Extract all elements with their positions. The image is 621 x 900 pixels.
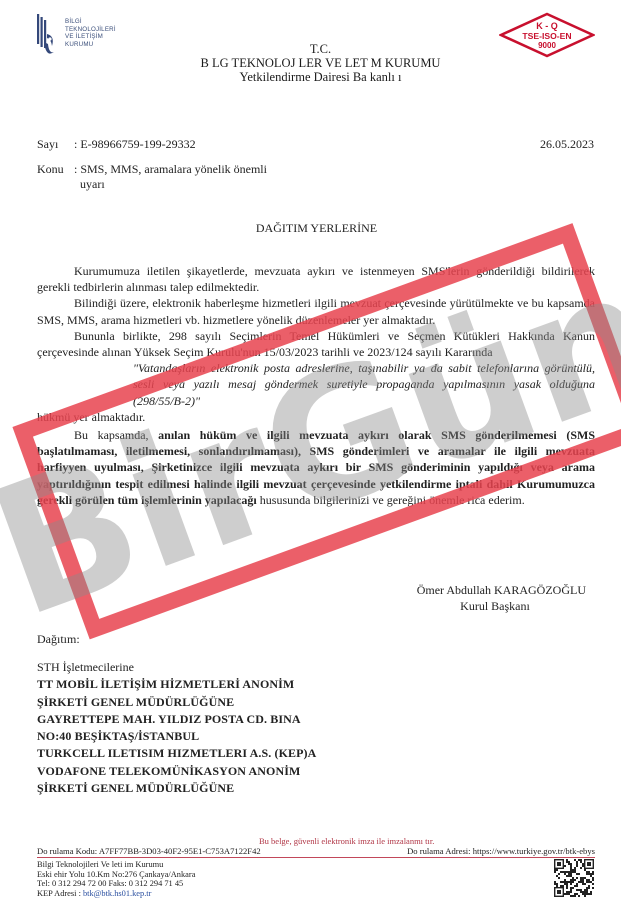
quoted-ruling: "Vatandaşların elektronik posta adresler… — [133, 360, 595, 409]
paragraph-5: Bu kapsamda, anılan hüküm ve ilgili mevz… — [37, 427, 595, 508]
org-name: Bilgi Teknolojileri Ve leti im Kurumu — [37, 860, 195, 870]
distribution-item: ŞİRKETİ GENEL MÜDÜRLÜĞÜNE — [37, 780, 316, 797]
letter-body: Kurumumuza iletilen şikayetlerde, mevzua… — [37, 263, 595, 508]
distribution-list: STH İşletmecilerine TT MOBİL İLETİŞİM Hİ… — [37, 659, 316, 797]
esignature-note: Bu belge, güvenli elektronik imza ile im… — [259, 836, 434, 846]
distribution-item: VODAFONE TELEKOMÜNİKASYON ANONİM — [37, 763, 316, 780]
signatory-title: Kurul Başkanı — [390, 598, 600, 614]
sayi-label: Sayı — [37, 137, 58, 151]
distribution-item: ŞİRKETİ GENEL MÜDÜRLÜĞÜNE — [37, 694, 316, 711]
verification-address[interactable]: Do rulama Adresi: https://www.turkiye.go… — [407, 846, 595, 856]
addressee-heading: DAĞITIM YERLERİNE — [0, 221, 621, 236]
sayi-value: : E-98966759-199-29332 — [74, 137, 196, 151]
distribution-first: STH İşletmecilerine — [37, 659, 316, 676]
distribution-item: NO:40 BEŞİKTAŞ/İSTANBUL — [37, 728, 316, 745]
p5-end: hususunda bilgilerinizi ve gereğini önem… — [257, 493, 525, 507]
logo-line: TEKNOLOJİLERİ — [65, 26, 116, 34]
paragraph-4: hükmü yer almaktadır. — [37, 409, 595, 425]
addressee-text: DAĞITIM YERLERİNE — [256, 221, 377, 235]
distribution-label: Dağıtım: — [37, 632, 80, 647]
tse-certificate-icon: K - Q TSE-ISO-EN 9000 — [499, 12, 595, 58]
org-kep: KEP Adresi : btk@btk.hs01.kep.tr — [37, 889, 195, 899]
tse-line3: 9000 — [538, 41, 556, 50]
org-phone: Tel: 0 312 294 72 00 Faks: 0 312 294 71 … — [37, 879, 195, 889]
tse-line1: K - Q — [536, 21, 558, 31]
paragraph-1: Kurumumuza iletilen şikayetlerde, mevzua… — [37, 263, 595, 295]
p5-start: Bu kapsamda, — [74, 428, 158, 442]
kep-address-link[interactable]: btk@btk.hs01.kep.tr — [83, 889, 151, 898]
konu-value: : SMS, MMS, aramalara yönelik önemli — [74, 162, 267, 176]
verification-code: Do rulama Kodu: A7FF77BB-3D03-40F2-95E1-… — [37, 846, 261, 856]
kep-label: KEP Adresi : — [37, 889, 83, 898]
qr-code-icon — [553, 859, 594, 897]
konu-value-cont: uyarı — [80, 177, 105, 191]
signature-block: Ömer Abdullah KARAGÖZOĞLU Kurul Başkanı — [390, 582, 600, 614]
distribution-item: TT MOBİL İLETİŞİM HİZMETLERİ ANONİM — [37, 676, 316, 693]
institution-name: B LG TEKNOLOJ LER VE LET M KURUMU — [20, 56, 621, 70]
footer-divider — [37, 857, 595, 858]
tse-line2: TSE-ISO-EN — [522, 31, 571, 41]
paragraph-2: Bilindiği üzere, elektronik haberleşme h… — [37, 295, 595, 327]
document-date: 26.05.2023 — [540, 137, 594, 151]
org-address: Eski ehir Yolu 10.Km No:276 Çankaya/Anka… — [37, 870, 195, 880]
department-name: Yetkilendirme Dairesi Ba kanlı ı — [20, 70, 621, 84]
logo-line: BİLGİ — [65, 18, 116, 26]
distribution-item: GAYRETTEPE MAH. YILDIZ POSTA CD. BINA — [37, 711, 316, 728]
distribution-item: TURKCELL ILETISIM HIZMETLERI A.S. (KEP)A — [37, 745, 316, 762]
paragraph-3: Bununla birlikte, 298 sayılı Seçimlerin … — [37, 328, 595, 360]
konu-label: Konu — [37, 162, 64, 176]
logo-line: VE İLETİŞİM — [65, 33, 116, 41]
organization-footer: Bilgi Teknolojileri Ve leti im Kurumu Es… — [37, 860, 195, 898]
signatory-name: Ömer Abdullah KARAGÖZOĞLU — [390, 582, 600, 598]
